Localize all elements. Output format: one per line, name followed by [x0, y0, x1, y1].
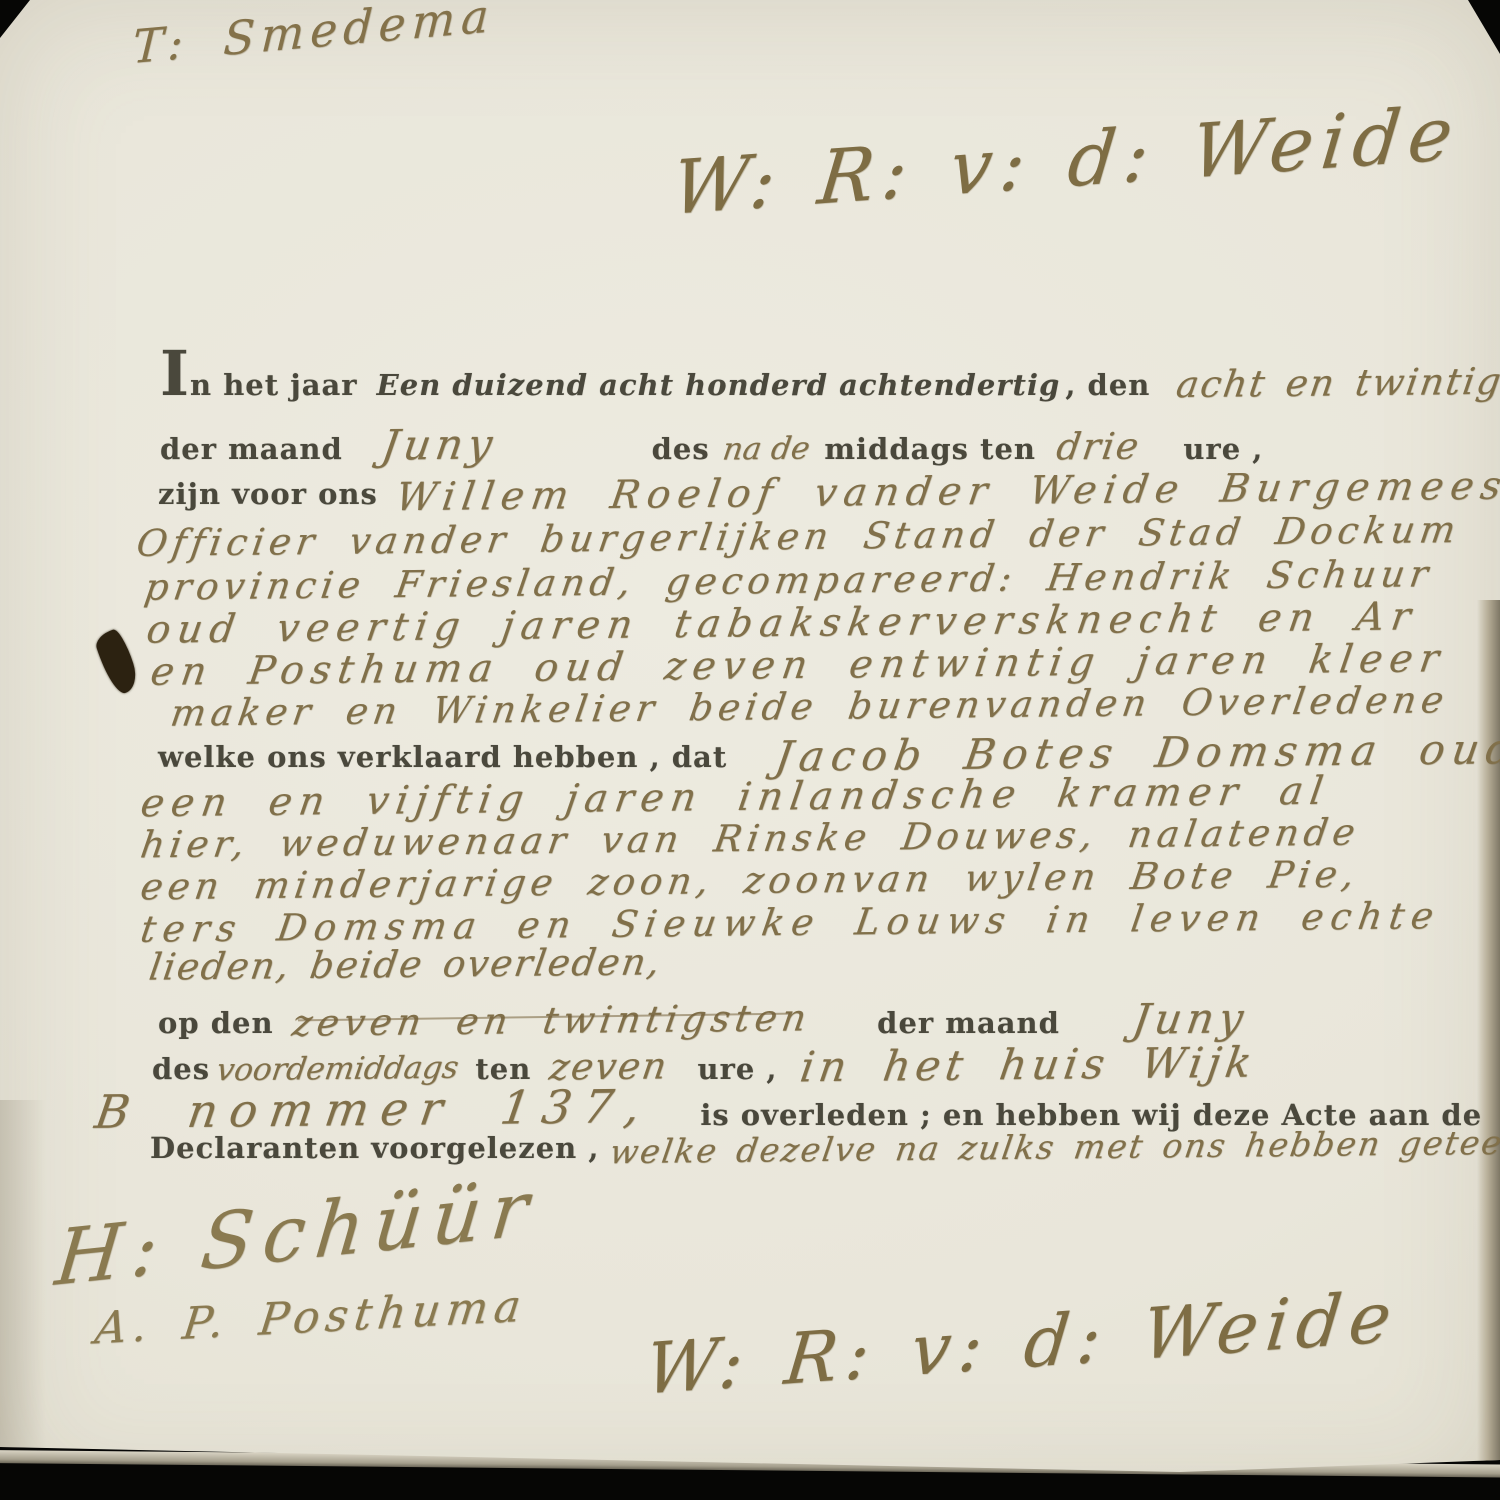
printed-text: der maand [877, 1006, 1060, 1040]
handwritten-address: in het huis Wijk [797, 1042, 1259, 1089]
form-line-6: oud veertig jaren tabakskerversknecht en… [148, 604, 1416, 643]
form-line-1: In het jaar Een duizend acht honderd ach… [160, 360, 1500, 401]
form-line-8: maker en Winkelier beide burenvanden Ove… [172, 688, 1447, 725]
printed-text: ure , [698, 1052, 778, 1086]
form-line-14: lieden, beide overleden, [150, 946, 661, 983]
printed-text: middags ten [824, 432, 1036, 466]
handwritten-day: acht en twintigsten [1174, 362, 1500, 403]
handwritten-text: maker en Winkelier beide burenvanden Ove… [168, 681, 1451, 731]
handwritten-death-day: zeven en twintigsten [289, 999, 813, 1041]
form-line-2: der maand Juny des na de middags ten dri… [160, 424, 1263, 466]
printed-text: Declaranten voorgelezen , [150, 1131, 599, 1165]
form-line-13: ters Domsma en Sieuwke Louws in leven ec… [142, 904, 1439, 941]
form-line-11: hier, weduwenaar van Rinske Douwes, nala… [142, 820, 1359, 857]
printed-text: des [652, 432, 710, 466]
form-line-16: des voordemiddags ten zeven ure , in het… [152, 1044, 1255, 1086]
handwritten-closing: welke dezelve na zulks met ons hebben ge… [607, 1125, 1500, 1168]
form-line-4: Officier vander burgerlijken Stand der S… [138, 518, 1459, 555]
printed-text: In het jaar [160, 360, 358, 400]
form-line-7: en Posthuma oud zeven entwintig jaren kl… [152, 646, 1444, 685]
printed-text: , den [1065, 368, 1150, 402]
handwritten-text: lieden, beide overleden, [147, 943, 664, 985]
handwritten-text: ters Domsma en Sieuwke Louws in leven ec… [138, 897, 1443, 948]
printed-text: zijn voor ons [158, 477, 378, 511]
form-line-9: welke ons verklaard hebben , dat Jacob B… [158, 732, 1500, 774]
handwritten-month: Juny [379, 423, 500, 466]
form-line-18: Declaranten voorgelezen , welke dezelve … [150, 1130, 1500, 1163]
printed-text: des [152, 1052, 210, 1086]
printed-text: op den [158, 1006, 274, 1040]
handwritten-daypart: na de [720, 434, 811, 466]
document-scan: T: Smedema W: R: v: d: Weide In het jaar… [0, 0, 1500, 1500]
printed-text: der maand [160, 432, 343, 466]
form-line-12: een minderjarige zoon, zoonvan wylen Bot… [142, 862, 1358, 899]
printed-text: ure , [1183, 432, 1263, 466]
form-line-5: provincie Friesland, gecompareerd: Hendr… [146, 562, 1432, 599]
handwritten-house-number: B nommer 137, [92, 1083, 655, 1135]
form-line-3: zijn voor ons Willem Roelof vander Weide… [158, 472, 1500, 511]
handwritten-death-month: Juny [1130, 997, 1251, 1040]
printed-italic-text: Een duizend acht honderd achtendertig [377, 368, 1061, 402]
handwritten-hour: drie [1054, 428, 1143, 466]
form-line-10: een en vijftig jaren inlandsche kramer a… [142, 778, 1329, 817]
printed-text: welke ons verklaard hebben , dat [158, 740, 727, 774]
left-edge-shade [0, 1100, 46, 1460]
